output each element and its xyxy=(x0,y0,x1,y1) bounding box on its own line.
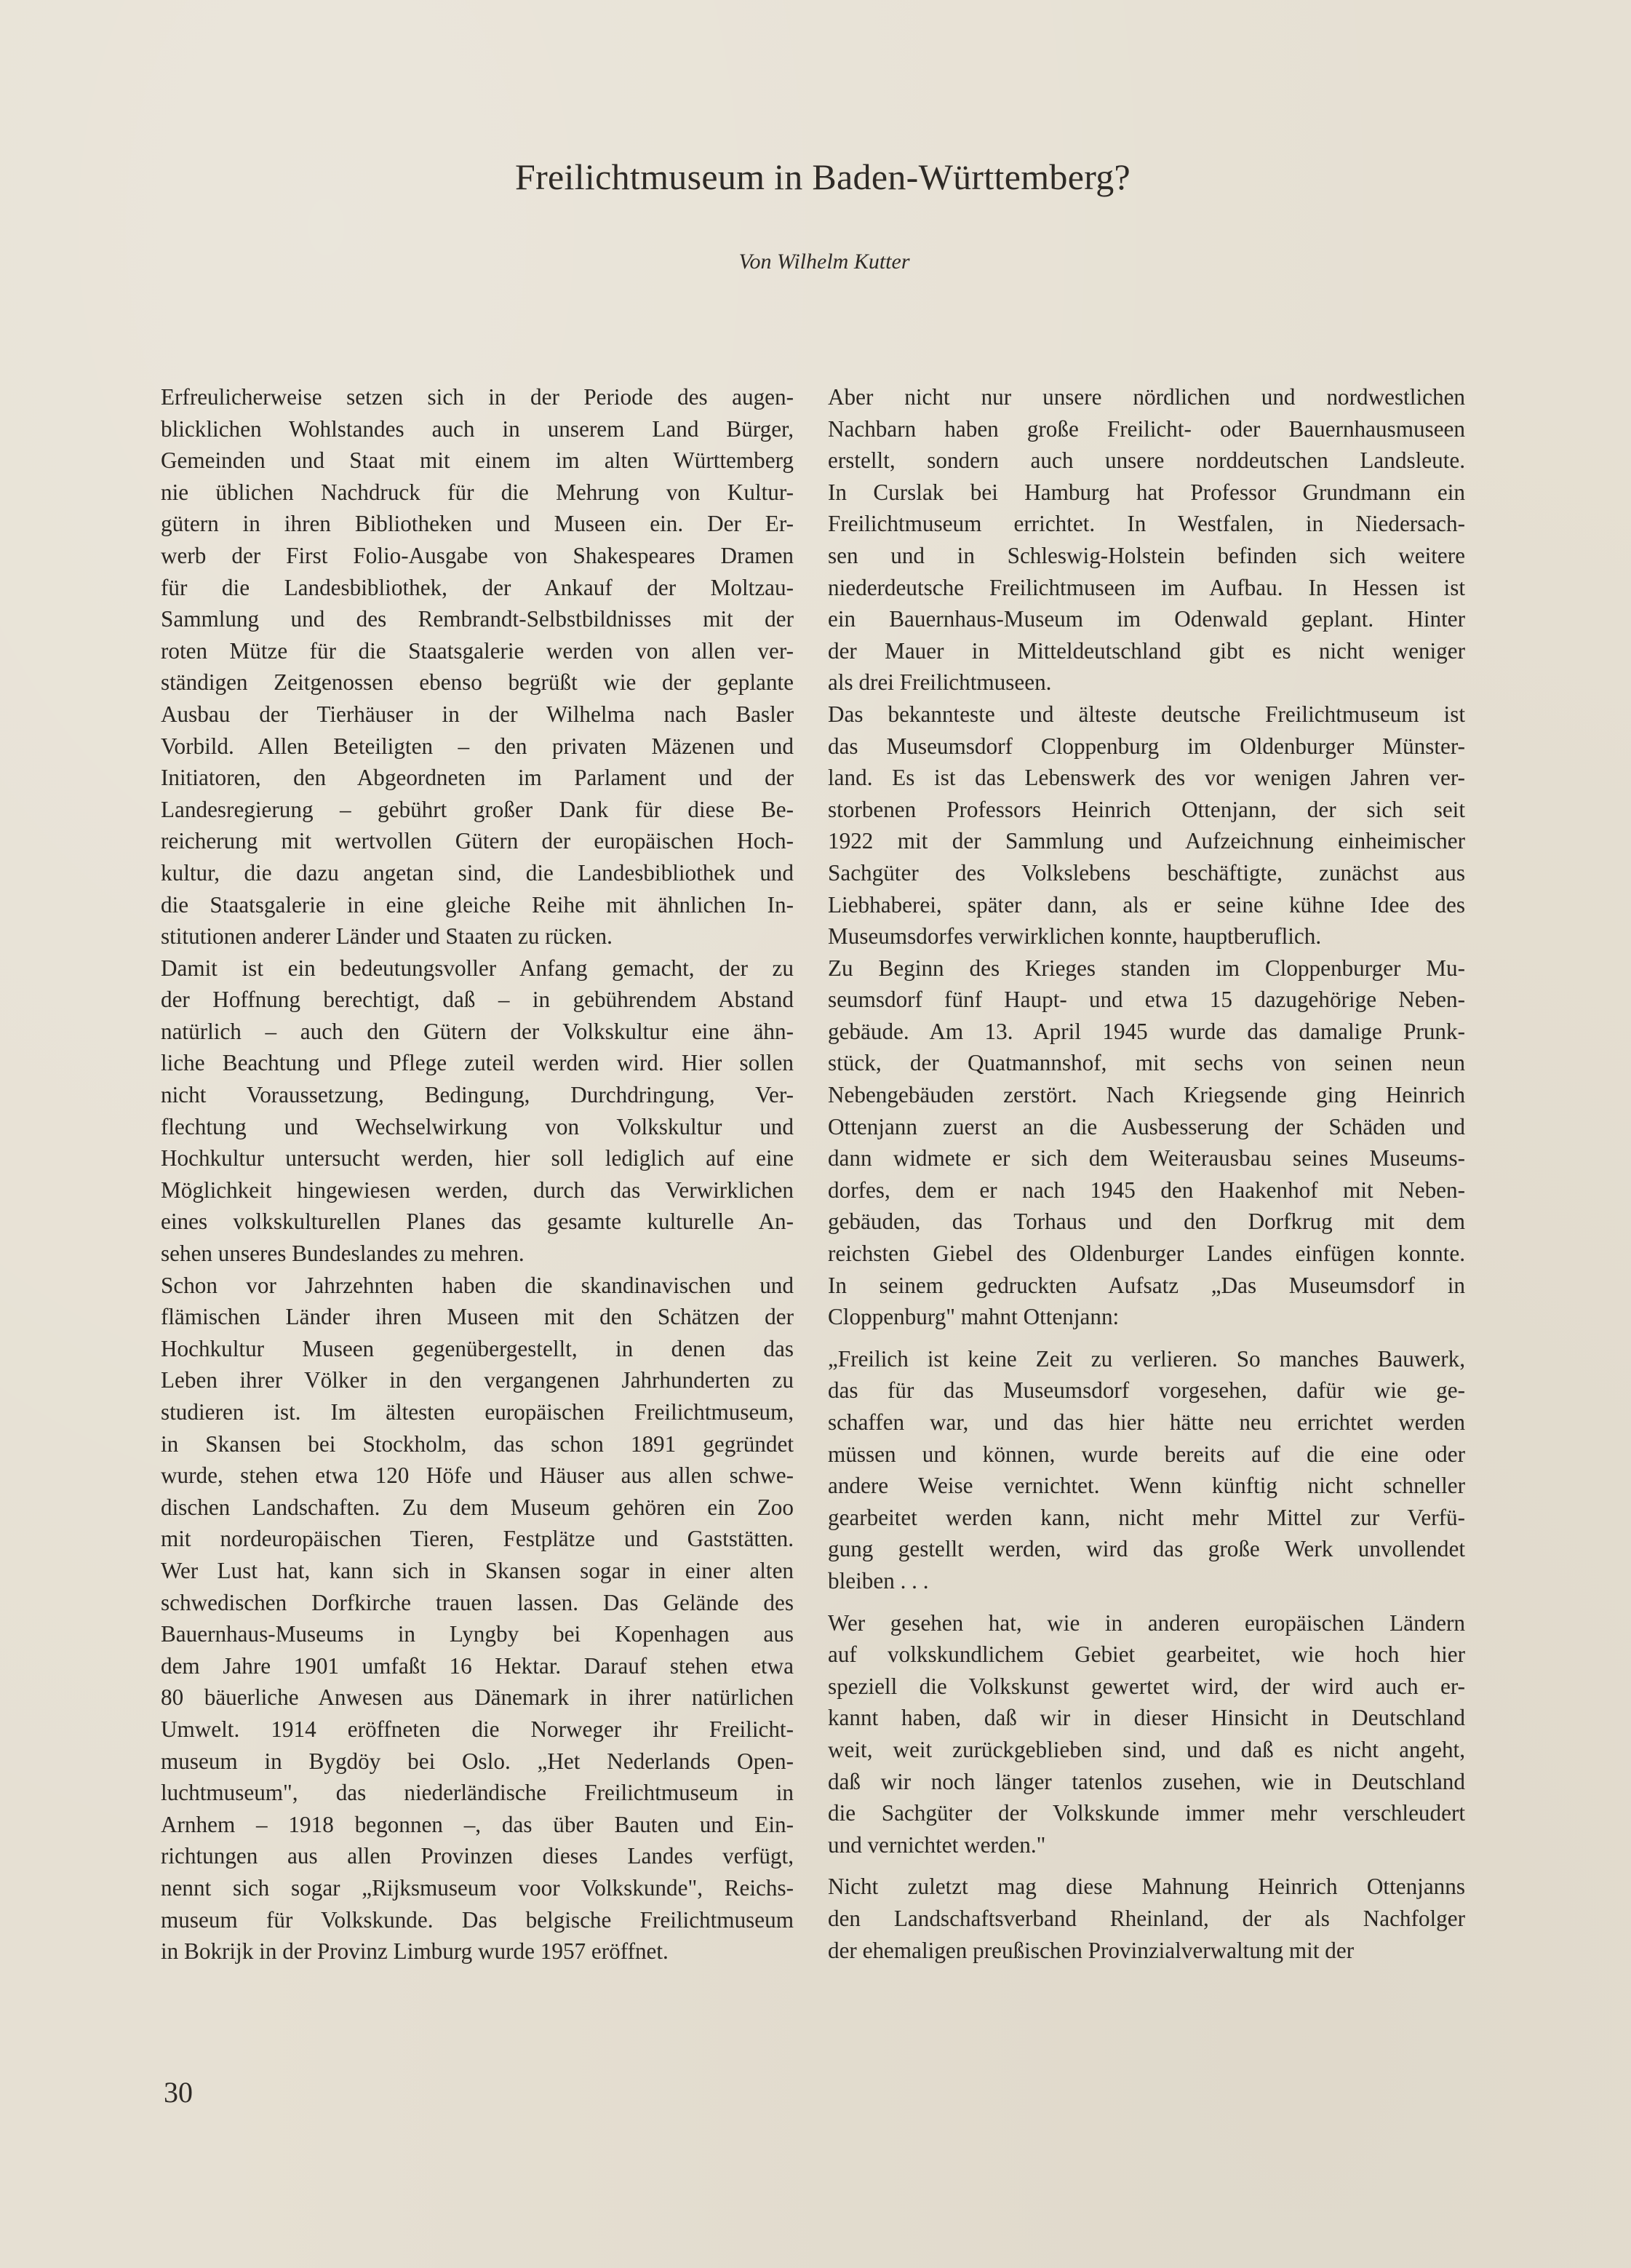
text-line: storbenen Professors Heinrich Ottenjann,… xyxy=(828,794,1465,826)
text-line: nennt sich sogar „Rijksmuseum voor Volks… xyxy=(161,1872,794,1904)
text-line: Damit ist ein bedeutungsvoller Anfang ge… xyxy=(161,952,794,984)
text-line: das für das Museumsdorf vorgesehen, dafü… xyxy=(828,1374,1465,1406)
text-line: Freilichtmuseum errichtet. In Westfalen,… xyxy=(828,508,1465,540)
article-byline: Von Wilhelm Kutter xyxy=(0,250,1631,274)
text-line: werb der First Folio-Ausgabe von Shakesp… xyxy=(161,540,794,572)
text-line: Wer Lust hat, kann sich in Skansen sogar… xyxy=(161,1555,794,1587)
text-line: land. Es ist das Lebenswerk des vor weni… xyxy=(828,762,1465,794)
text-line: gütern in ihren Bibliotheken und Museen … xyxy=(161,508,794,540)
paragraph: Zu Beginn des Krieges standen im Cloppen… xyxy=(828,952,1465,1333)
text-line: weit, weit zurückgeblieben sind, und daß… xyxy=(828,1734,1465,1766)
text-line: museum für Volkskunde. Das belgische Fre… xyxy=(161,1904,794,1936)
paragraph-gap xyxy=(828,1333,1465,1343)
paragraph-gap xyxy=(828,1861,1465,1871)
text-line: mit nordeuropäischen Tieren, Festplätze … xyxy=(161,1523,794,1555)
text-line: dann widmete er sich dem Weiterausbau se… xyxy=(828,1142,1465,1174)
text-line: Nicht zuletzt mag diese Mahnung Heinrich… xyxy=(828,1871,1465,1903)
text-line: Vorbild. Allen Beteiligten – den private… xyxy=(161,731,794,763)
text-line: der Mauer in Mitteldeutschland gibt es n… xyxy=(828,635,1465,667)
text-line: Das bekannteste und älteste deutsche Fre… xyxy=(828,699,1465,731)
text-line: luchtmuseum", das niederländische Freili… xyxy=(161,1777,794,1809)
text-line: Gemeinden und Staat mit einem im alten W… xyxy=(161,445,794,477)
text-line: Liebhaberei, später dann, als er seine k… xyxy=(828,889,1465,921)
text-line: Nebengebäuden zerstört. Nach Kriegsende … xyxy=(828,1079,1465,1111)
paragraph: Erfreulicherweise setzen sich in der Per… xyxy=(161,381,794,952)
text-line: stitutionen anderer Länder und Staaten z… xyxy=(161,920,794,952)
text-line: der Hoffnung berechtigt, daß – in gebühr… xyxy=(161,984,794,1016)
text-line: erstellt, sondern auch unsere norddeutsc… xyxy=(828,445,1465,477)
left-column: Erfreulicherweise setzen sich in der Per… xyxy=(161,381,794,1967)
paragraph: Das bekannteste und älteste deutsche Fre… xyxy=(828,699,1465,952)
text-line: auf volkskundlichem Gebiet gearbeitet, w… xyxy=(828,1639,1465,1671)
text-line: schwedischen Dorfkirche trauen lassen. D… xyxy=(161,1587,794,1619)
text-line: Ausbau der Tierhäuser in der Wilhelma na… xyxy=(161,699,794,731)
text-line: den Landschaftsverband Rheinland, der al… xyxy=(828,1903,1465,1935)
text-line: Hochkultur untersucht werden, hier soll … xyxy=(161,1142,794,1174)
text-line: Sachgüter des Volkslebens beschäftigte, … xyxy=(828,857,1465,889)
text-line: bleiben . . . xyxy=(828,1565,1465,1597)
text-line: daß wir noch länger tatenlos zusehen, wi… xyxy=(828,1766,1465,1798)
text-line: seumsdorf fünf Haupt- und etwa 15 dazuge… xyxy=(828,984,1465,1016)
text-line: Hochkultur Museen gegenübergestellt, in … xyxy=(161,1333,794,1365)
text-line: die Staatsgalerie in eine gleiche Reihe … xyxy=(161,889,794,921)
text-line: flechtung und Wechselwirkung von Volksku… xyxy=(161,1111,794,1143)
text-line: dem Jahre 1901 umfaßt 16 Hektar. Darauf … xyxy=(161,1650,794,1682)
text-line: blicklichen Wohlstandes auch in unserem … xyxy=(161,413,794,445)
paragraph: „Freilich ist keine Zeit zu verlieren. S… xyxy=(828,1343,1465,1597)
text-line: Bauernhaus-Museums in Lyngby bei Kopenha… xyxy=(161,1618,794,1650)
text-line: eines volkskulturellen Planes das gesamt… xyxy=(161,1206,794,1238)
text-line: natürlich – auch den Gütern der Volkskul… xyxy=(161,1016,794,1048)
article-title: Freilichtmuseum in Baden-Württemberg? xyxy=(0,156,1631,198)
text-line: reichsten Giebel des Oldenburger Landes … xyxy=(828,1238,1465,1270)
text-line: Museumsdorfes verwirklichen konnte, haup… xyxy=(828,920,1465,952)
text-line: das Museumsdorf Cloppenburg im Oldenburg… xyxy=(828,731,1465,763)
text-line: Sammlung und des Rembrandt-Selbstbildnis… xyxy=(161,603,794,635)
text-line: In seinem gedruckten Aufsatz „Das Museum… xyxy=(828,1270,1465,1302)
text-line: gung gestellt werden, wird das große Wer… xyxy=(828,1533,1465,1565)
text-line: dischen Landschaften. Zu dem Museum gehö… xyxy=(161,1492,794,1524)
text-line: Initiatoren, den Abgeordneten im Parlame… xyxy=(161,762,794,794)
text-line: Cloppenburg" mahnt Ottenjann: xyxy=(828,1301,1465,1333)
text-line: für die Landesbibliothek, der Ankauf der… xyxy=(161,572,794,604)
text-line: kultur, die dazu angetan sind, die Lande… xyxy=(161,857,794,889)
text-line: Erfreulicherweise setzen sich in der Per… xyxy=(161,381,794,413)
text-line: als drei Freilichtmuseen. xyxy=(828,667,1465,699)
text-line: der ehemaligen preußischen Provinzialver… xyxy=(828,1935,1465,1967)
text-line: gearbeitet werden kann, nicht mehr Mitte… xyxy=(828,1502,1465,1534)
text-line: wurde, stehen etwa 120 Höfe und Häuser a… xyxy=(161,1460,794,1492)
text-line: dorfes, dem er nach 1945 den Haakenhof m… xyxy=(828,1174,1465,1206)
text-line: müssen und können, wurde bereits auf die… xyxy=(828,1439,1465,1471)
text-line: Ottenjann zuerst an die Ausbesserung der… xyxy=(828,1111,1465,1143)
text-line: kannt haben, daß wir in dieser Hinsicht … xyxy=(828,1702,1465,1734)
text-line: Schon vor Jahrzehnten haben die skandina… xyxy=(161,1270,794,1302)
text-line: Umwelt. 1914 eröffneten die Norweger ihr… xyxy=(161,1714,794,1746)
paragraph: Nicht zuletzt mag diese Mahnung Heinrich… xyxy=(828,1871,1465,1966)
right-column: Aber nicht nur unsere nördlichen und nor… xyxy=(828,381,1465,1966)
text-line: Aber nicht nur unsere nördlichen und nor… xyxy=(828,381,1465,413)
text-line: Arnhem – 1918 begonnen –, das über Baute… xyxy=(161,1809,794,1841)
text-line: gebäude. Am 13. April 1945 wurde das dam… xyxy=(828,1016,1465,1048)
text-line: „Freilich ist keine Zeit zu verlieren. S… xyxy=(828,1343,1465,1375)
text-line: und vernichtet werden." xyxy=(828,1829,1465,1861)
text-line: liche Beachtung und Pflege zuteil werden… xyxy=(161,1047,794,1079)
paragraph: Wer gesehen hat, wie in anderen europäis… xyxy=(828,1607,1465,1861)
text-line: Möglichkeit hingewiesen werden, durch da… xyxy=(161,1174,794,1206)
text-line: reicherung mit wertvollen Gütern der eur… xyxy=(161,825,794,857)
text-line: Leben ihrer Völker in den vergangenen Ja… xyxy=(161,1364,794,1396)
text-line: Nachbarn haben große Freilicht- oder Bau… xyxy=(828,413,1465,445)
text-line: roten Mütze für die Staatsgalerie werden… xyxy=(161,635,794,667)
text-line: museum in Bygdöy bei Oslo. „Het Nederlan… xyxy=(161,1746,794,1778)
text-line: in Bokrijk in der Provinz Limburg wurde … xyxy=(161,1935,794,1967)
text-line: sehen unseres Bundeslandes zu mehren. xyxy=(161,1238,794,1270)
text-line: schaffen war, und das hier hätte neu err… xyxy=(828,1406,1465,1439)
text-line: speziell die Volkskunst gewertet wird, d… xyxy=(828,1671,1465,1703)
text-line: ständigen Zeitgenossen ebenso begrüßt wi… xyxy=(161,667,794,699)
text-line: nicht Voraussetzung, Bedingung, Durchdri… xyxy=(161,1079,794,1111)
text-line: richtungen aus allen Provinzen dieses La… xyxy=(161,1840,794,1872)
text-line: niederdeutsche Freilichtmuseen im Aufbau… xyxy=(828,572,1465,604)
text-line: studieren ist. Im ältesten europäischen … xyxy=(161,1396,794,1428)
text-line: 1922 mit der Sammlung und Aufzeichnung e… xyxy=(828,825,1465,857)
paragraph: Schon vor Jahrzehnten haben die skandina… xyxy=(161,1270,794,1967)
text-line: In Curslak bei Hamburg hat Professor Gru… xyxy=(828,477,1465,509)
text-line: gebäuden, das Torhaus und den Dorfkrug m… xyxy=(828,1206,1465,1238)
text-line: nie üblichen Nachdruck für die Mehrung v… xyxy=(161,477,794,509)
text-line: flämischen Länder ihren Museen mit den S… xyxy=(161,1301,794,1333)
paragraph-gap xyxy=(828,1597,1465,1607)
text-line: in Skansen bei Stockholm, das schon 1891… xyxy=(161,1428,794,1460)
text-line: ein Bauernhaus-Museum im Odenwald geplan… xyxy=(828,603,1465,635)
text-line: Landesregierung – gebührt großer Dank fü… xyxy=(161,794,794,826)
text-line: andere Weise vernichtet. Wenn künftig ni… xyxy=(828,1470,1465,1502)
text-line: 80 bäuerliche Anwesen aus Dänemark in ih… xyxy=(161,1682,794,1714)
paragraph: Damit ist ein bedeutungsvoller Anfang ge… xyxy=(161,952,794,1270)
page-number: 30 xyxy=(164,2075,193,2109)
text-line: Zu Beginn des Krieges standen im Cloppen… xyxy=(828,952,1465,984)
paragraph: Aber nicht nur unsere nördlichen und nor… xyxy=(828,381,1465,699)
text-line: Wer gesehen hat, wie in anderen europäis… xyxy=(828,1607,1465,1639)
text-line: sen und in Schleswig-Holstein befinden s… xyxy=(828,540,1465,572)
text-line: die Sachgüter der Volkskunde immer mehr … xyxy=(828,1797,1465,1829)
text-line: stück, der Quatmannshof, mit sechs von s… xyxy=(828,1047,1465,1079)
